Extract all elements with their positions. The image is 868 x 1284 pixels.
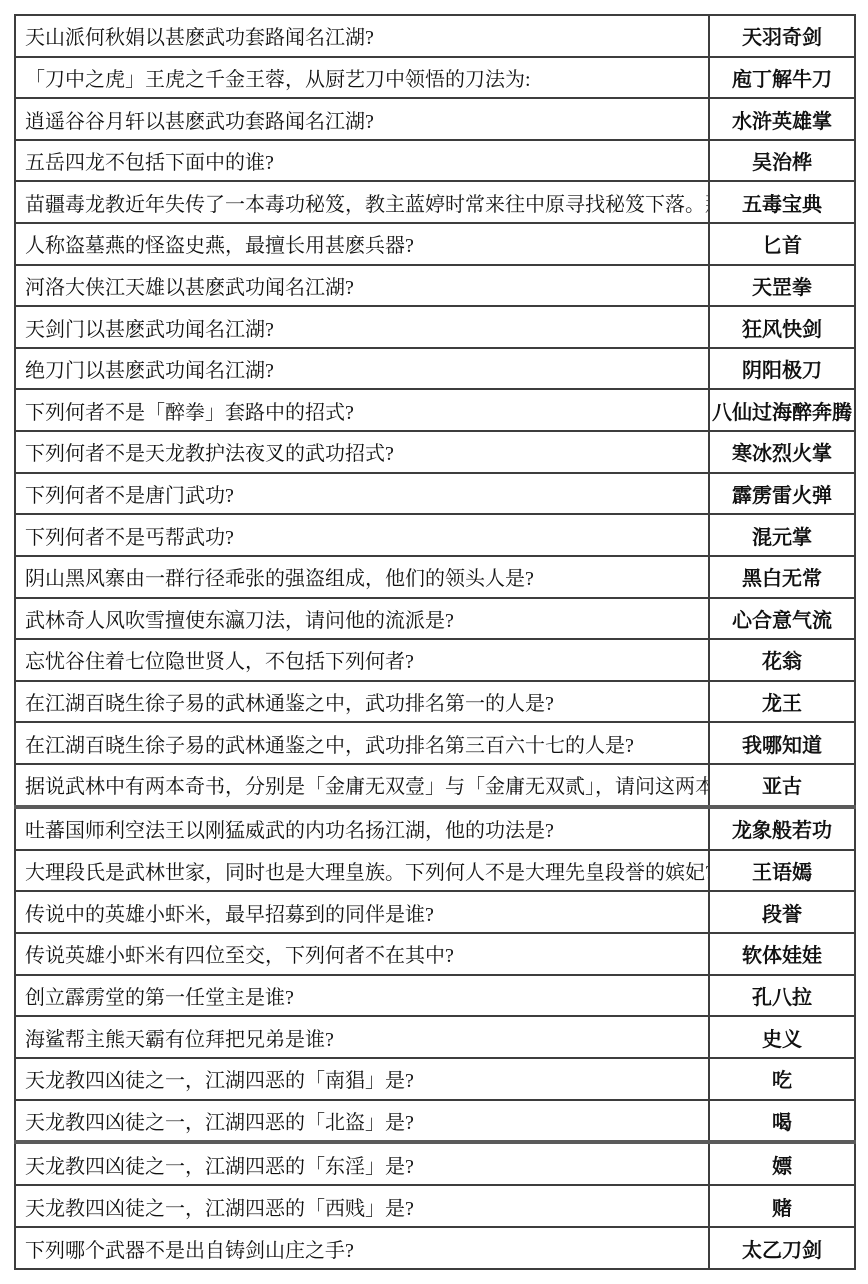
table-row: 下列何者不是唐门武功?霹雳雷火弹 (15, 473, 855, 515)
question-cell: 逍遥谷谷月轩以甚麽武功套路闻名江湖? (15, 98, 709, 140)
question-cell: 大理段氏是武林世家，同时也是大理皇族。下列何人不是大理先皇段誉的嫔妃? (15, 850, 709, 892)
question-cell: 天龙教四凶徒之一，江湖四恶的「西贱」是? (15, 1185, 709, 1227)
answer-cell: 天罡拳 (709, 265, 855, 307)
answer-cell: 龙王 (709, 681, 855, 723)
table-row: 海鲨帮主熊天霸有位拜把兄弟是谁?史义 (15, 1016, 855, 1058)
answer-cell: 天羽奇剑 (709, 15, 855, 57)
answer-cell: 水浒英雄掌 (709, 98, 855, 140)
table-row: 天龙教四凶徒之一，江湖四恶的「南猖」是?吃 (15, 1058, 855, 1100)
question-cell: 下列哪个武器不是出自铸剑山庄之手? (15, 1227, 709, 1269)
question-cell: 五岳四龙不包括下面中的谁? (15, 140, 709, 182)
question-cell: 创立霹雳堂的第一任堂主是谁? (15, 975, 709, 1017)
table-row: 逍遥谷谷月轩以甚麽武功套路闻名江湖?水浒英雄掌 (15, 98, 855, 140)
answer-cell: 匕首 (709, 223, 855, 265)
table-row: 阴山黑风寨由一群行径乖张的强盗组成，他们的领头人是?黑白无常 (15, 556, 855, 598)
table-row: 人称盗墓燕的怪盗史燕，最擅长用甚麽兵器?匕首 (15, 223, 855, 265)
table-row: 「刀中之虎」王虎之千金王蓉，从厨艺刀中领悟的刀法为:庖丁解牛刀 (15, 57, 855, 99)
question-cell: 苗疆毒龙教近年失传了一本毒功秘笈，教主蓝婷时常来往中原寻找秘笈下落。那本秘笈是? (15, 181, 709, 223)
table-row: 大理段氏是武林世家，同时也是大理皇族。下列何人不是大理先皇段誉的嫔妃?王语嫣 (15, 850, 855, 892)
table-row: 吐蕃国师利空法王以刚猛威武的内功名扬江湖，他的功法是?龙象般若功 (15, 807, 855, 850)
answer-cell: 史义 (709, 1016, 855, 1058)
table-row: 创立霹雳堂的第一任堂主是谁?孔八拉 (15, 975, 855, 1017)
question-cell: 在江湖百晓生徐子易的武林通鉴之中，武功排名第三百六十七的人是? (15, 722, 709, 764)
table-row: 天龙教四凶徒之一，江湖四恶的「东淫」是?嫖 (15, 1142, 855, 1185)
answer-cell: 五毒宝典 (709, 181, 855, 223)
question-cell: 绝刀门以甚麽武功闻名江湖? (15, 348, 709, 390)
quiz-table-container: 天山派何秋娟以甚麽武功套路闻名江湖?天羽奇剑「刀中之虎」王虎之千金王蓉，从厨艺刀… (14, 14, 856, 1270)
question-cell: 天山派何秋娟以甚麽武功套路闻名江湖? (15, 15, 709, 57)
answer-cell: 软体娃娃 (709, 933, 855, 975)
question-cell: 下列何者不是天龙教护法夜叉的武功招式? (15, 431, 709, 473)
question-cell: 据说武林中有两本奇书，分别是「金庸无双壹」与「金庸无双贰」，请问这两本奇书的作者… (15, 764, 709, 807)
table-row: 传说英雄小虾米有四位至交，下列何者不在其中?软体娃娃 (15, 933, 855, 975)
answer-cell: 庖丁解牛刀 (709, 57, 855, 99)
answer-cell: 王语嫣 (709, 850, 855, 892)
question-cell: 下列何者不是丐帮武功? (15, 514, 709, 556)
table-row: 在江湖百晓生徐子易的武林通鉴之中，武功排名第三百六十七的人是?我哪知道 (15, 722, 855, 764)
table-row: 河洛大侠江天雄以甚麽武功闻名江湖?天罡拳 (15, 265, 855, 307)
answer-cell: 八仙过海醉奔腾 (709, 389, 855, 431)
question-cell: 天龙教四凶徒之一，江湖四恶的「东淫」是? (15, 1142, 709, 1185)
table-row: 在江湖百晓生徐子易的武林通鉴之中，武功排名第一的人是?龙王 (15, 681, 855, 723)
answer-cell: 孔八拉 (709, 975, 855, 1017)
question-cell: 人称盗墓燕的怪盗史燕，最擅长用甚麽兵器? (15, 223, 709, 265)
quiz-answer-table: 天山派何秋娟以甚麽武功套路闻名江湖?天羽奇剑「刀中之虎」王虎之千金王蓉，从厨艺刀… (14, 14, 856, 1270)
table-row: 武林奇人风吹雪擅使东瀛刀法，请问他的流派是?心合意气流 (15, 598, 855, 640)
answer-cell: 喝 (709, 1100, 855, 1143)
answer-cell: 狂风快剑 (709, 306, 855, 348)
table-row: 天龙教四凶徒之一，江湖四恶的「西贱」是?赌 (15, 1185, 855, 1227)
question-cell: 天龙教四凶徒之一，江湖四恶的「北盗」是? (15, 1100, 709, 1143)
question-cell: 天剑门以甚麽武功闻名江湖? (15, 306, 709, 348)
question-cell: 忘忧谷住着七位隐世贤人，不包括下列何者? (15, 639, 709, 681)
table-row: 五岳四龙不包括下面中的谁?吴治桦 (15, 140, 855, 182)
question-cell: 下列何者不是唐门武功? (15, 473, 709, 515)
question-cell: 天龙教四凶徒之一，江湖四恶的「南猖」是? (15, 1058, 709, 1100)
table-row: 天山派何秋娟以甚麽武功套路闻名江湖?天羽奇剑 (15, 15, 855, 57)
question-cell: 河洛大侠江天雄以甚麽武功闻名江湖? (15, 265, 709, 307)
question-cell: 阴山黑风寨由一群行径乖张的强盗组成，他们的领头人是? (15, 556, 709, 598)
table-row: 传说中的英雄小虾米，最早招募到的同伴是谁?段誉 (15, 891, 855, 933)
table-row: 苗疆毒龙教近年失传了一本毒功秘笈，教主蓝婷时常来往中原寻找秘笈下落。那本秘笈是?… (15, 181, 855, 223)
table-row: 下列何者不是丐帮武功?混元掌 (15, 514, 855, 556)
question-cell: 「刀中之虎」王虎之千金王蓉，从厨艺刀中领悟的刀法为: (15, 57, 709, 99)
question-cell: 海鲨帮主熊天霸有位拜把兄弟是谁? (15, 1016, 709, 1058)
answer-cell: 赌 (709, 1185, 855, 1227)
question-cell: 传说中的英雄小虾米，最早招募到的同伴是谁? (15, 891, 709, 933)
answer-cell: 我哪知道 (709, 722, 855, 764)
question-cell: 传说英雄小虾米有四位至交，下列何者不在其中? (15, 933, 709, 975)
answer-cell: 太乙刀剑 (709, 1227, 855, 1269)
table-row: 下列何者不是「醉拳」套路中的招式?八仙过海醉奔腾 (15, 389, 855, 431)
answer-cell: 龙象般若功 (709, 807, 855, 850)
table-row: 忘忧谷住着七位隐世贤人，不包括下列何者?花翁 (15, 639, 855, 681)
answer-cell: 嫖 (709, 1142, 855, 1185)
answer-cell: 吃 (709, 1058, 855, 1100)
answer-cell: 阴阳极刀 (709, 348, 855, 390)
answer-cell: 亚古 (709, 764, 855, 807)
answer-cell: 花翁 (709, 639, 855, 681)
quiz-table-body: 天山派何秋娟以甚麽武功套路闻名江湖?天羽奇剑「刀中之虎」王虎之千金王蓉，从厨艺刀… (15, 15, 855, 1269)
table-row: 下列何者不是天龙教护法夜叉的武功招式?寒冰烈火掌 (15, 431, 855, 473)
question-cell: 下列何者不是「醉拳」套路中的招式? (15, 389, 709, 431)
table-row: 天剑门以甚麽武功闻名江湖?狂风快剑 (15, 306, 855, 348)
answer-cell: 混元掌 (709, 514, 855, 556)
table-row: 下列哪个武器不是出自铸剑山庄之手?太乙刀剑 (15, 1227, 855, 1269)
answer-cell: 段誉 (709, 891, 855, 933)
answer-cell: 寒冰烈火掌 (709, 431, 855, 473)
question-cell: 武林奇人风吹雪擅使东瀛刀法，请问他的流派是? (15, 598, 709, 640)
table-row: 天龙教四凶徒之一，江湖四恶的「北盗」是?喝 (15, 1100, 855, 1143)
answer-cell: 心合意气流 (709, 598, 855, 640)
answer-cell: 黑白无常 (709, 556, 855, 598)
question-cell: 吐蕃国师利空法王以刚猛威武的内功名扬江湖，他的功法是? (15, 807, 709, 850)
answer-cell: 霹雳雷火弹 (709, 473, 855, 515)
question-cell: 在江湖百晓生徐子易的武林通鉴之中，武功排名第一的人是? (15, 681, 709, 723)
table-row: 据说武林中有两本奇书，分别是「金庸无双壹」与「金庸无双贰」，请问这两本奇书的作者… (15, 764, 855, 807)
table-row: 绝刀门以甚麽武功闻名江湖?阴阳极刀 (15, 348, 855, 390)
answer-cell: 吴治桦 (709, 140, 855, 182)
